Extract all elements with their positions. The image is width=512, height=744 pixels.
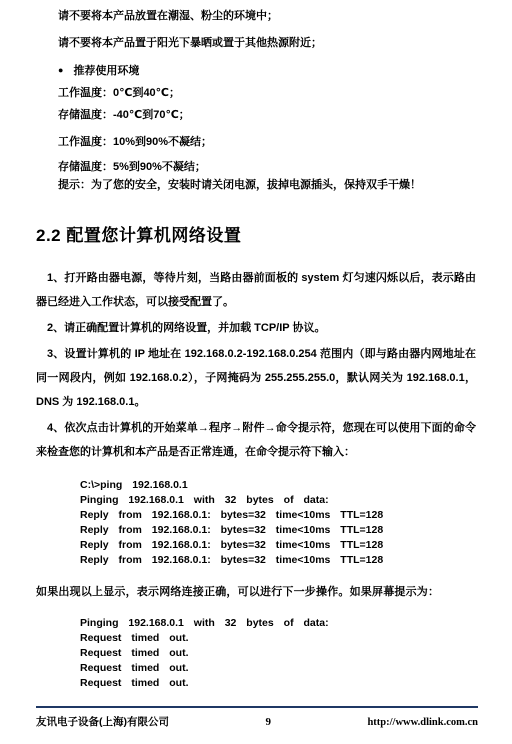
spec-line: 工作温度：10%到90%不凝结； (36, 135, 476, 149)
network-ok-note: 如果出现以上显示，表示网络连接正确，可以进行下一步操作。如果屏幕提示为： (36, 585, 476, 599)
ping-reply-line: Reply from 192.168.0.1: bytes=32 time<10… (80, 553, 476, 568)
ping-timeout-line: Request timed out. (80, 631, 476, 646)
footer-divider (36, 706, 478, 708)
ping-reply-line: Reply from 192.168.0.1: bytes=32 time<10… (80, 523, 476, 538)
recommend-environment-heading: ●推荐使用环境 (36, 63, 476, 78)
spec-line: 存储温度：5%到90%不凝结； (36, 160, 476, 174)
ping-header-line: Pinging 192.168.0.1 with 32 bytes of dat… (80, 493, 476, 508)
safety-tip-line: 提示：为了您的安全，安装时请关闭电源，拔掉电源插头，保持双手干燥！ (36, 178, 476, 192)
recommend-environment-label: 推荐使用环境 (73, 65, 139, 77)
safety-notice-line: 请不要将本产品置于阳光下暴晒或置于其他热源附近； (36, 36, 476, 50)
footer-url-link[interactable]: http://www.dlink.com.cn (367, 717, 478, 728)
safety-notice-line: 请不要将本产品放置在潮湿、粉尘的环境中； (36, 9, 476, 23)
page-footer: 友讯电子设备(上海)有限公司 9 http://www.dlink.com.cn (36, 714, 478, 729)
section-heading: 2.2 配置您计算机网络设置 (36, 226, 476, 246)
page-content: 请不要将本产品放置在潮湿、粉尘的环境中； 请不要将本产品置于阳光下暴晒或置于其他… (0, 0, 512, 691)
step-paragraph: 1、打开路由器电源，等待片刻，当路由器前面板的 system 灯匀速闪烁以后，表… (36, 266, 476, 314)
spec-line: 工作温度：0℃到40℃； (36, 86, 476, 100)
ping-reply-line: Reply from 192.168.0.1: bytes=32 time<10… (80, 538, 476, 553)
ping-timeout-line: Request timed out. (80, 661, 476, 676)
spec-line: 存储温度：-40℃到70℃； (36, 108, 476, 122)
ping-success-output: C:\>ping 192.168.0.1 Pinging 192.168.0.1… (36, 478, 476, 568)
footer-company-name: 友讯电子设备(上海)有限公司 (36, 714, 169, 729)
footer-page-number: 9 (265, 716, 271, 728)
bullet-icon: ● (58, 63, 63, 77)
steps-list: 1、打开路由器电源，等待片刻，当路由器前面板的 system 灯匀速闪烁以后，表… (36, 266, 476, 464)
ping-command-line: C:\>ping 192.168.0.1 (80, 478, 476, 493)
ping-timeout-line: Request timed out. (80, 646, 476, 661)
document-page: 请不要将本产品放置在潮湿、粉尘的环境中； 请不要将本产品置于阳光下暴晒或置于其他… (0, 0, 512, 744)
step-paragraph: 2、请正确配置计算机的网络设置，并加载 TCP/IP 协议。 (36, 316, 476, 340)
step-paragraph: 3、设置计算机的 IP 地址在 192.168.0.2-192.168.0.25… (36, 342, 476, 414)
ping-reply-line: Reply from 192.168.0.1: bytes=32 time<10… (80, 508, 476, 523)
step-paragraph: 4、依次点击计算机的开始菜单→程序→附件→命令提示符，您现在可以使用下面的命令来… (36, 416, 476, 464)
ping-header-line: Pinging 192.168.0.1 with 32 bytes of dat… (80, 616, 476, 631)
ping-timeout-line: Request timed out. (80, 676, 476, 691)
ping-fail-output: Pinging 192.168.0.1 with 32 bytes of dat… (36, 616, 476, 691)
